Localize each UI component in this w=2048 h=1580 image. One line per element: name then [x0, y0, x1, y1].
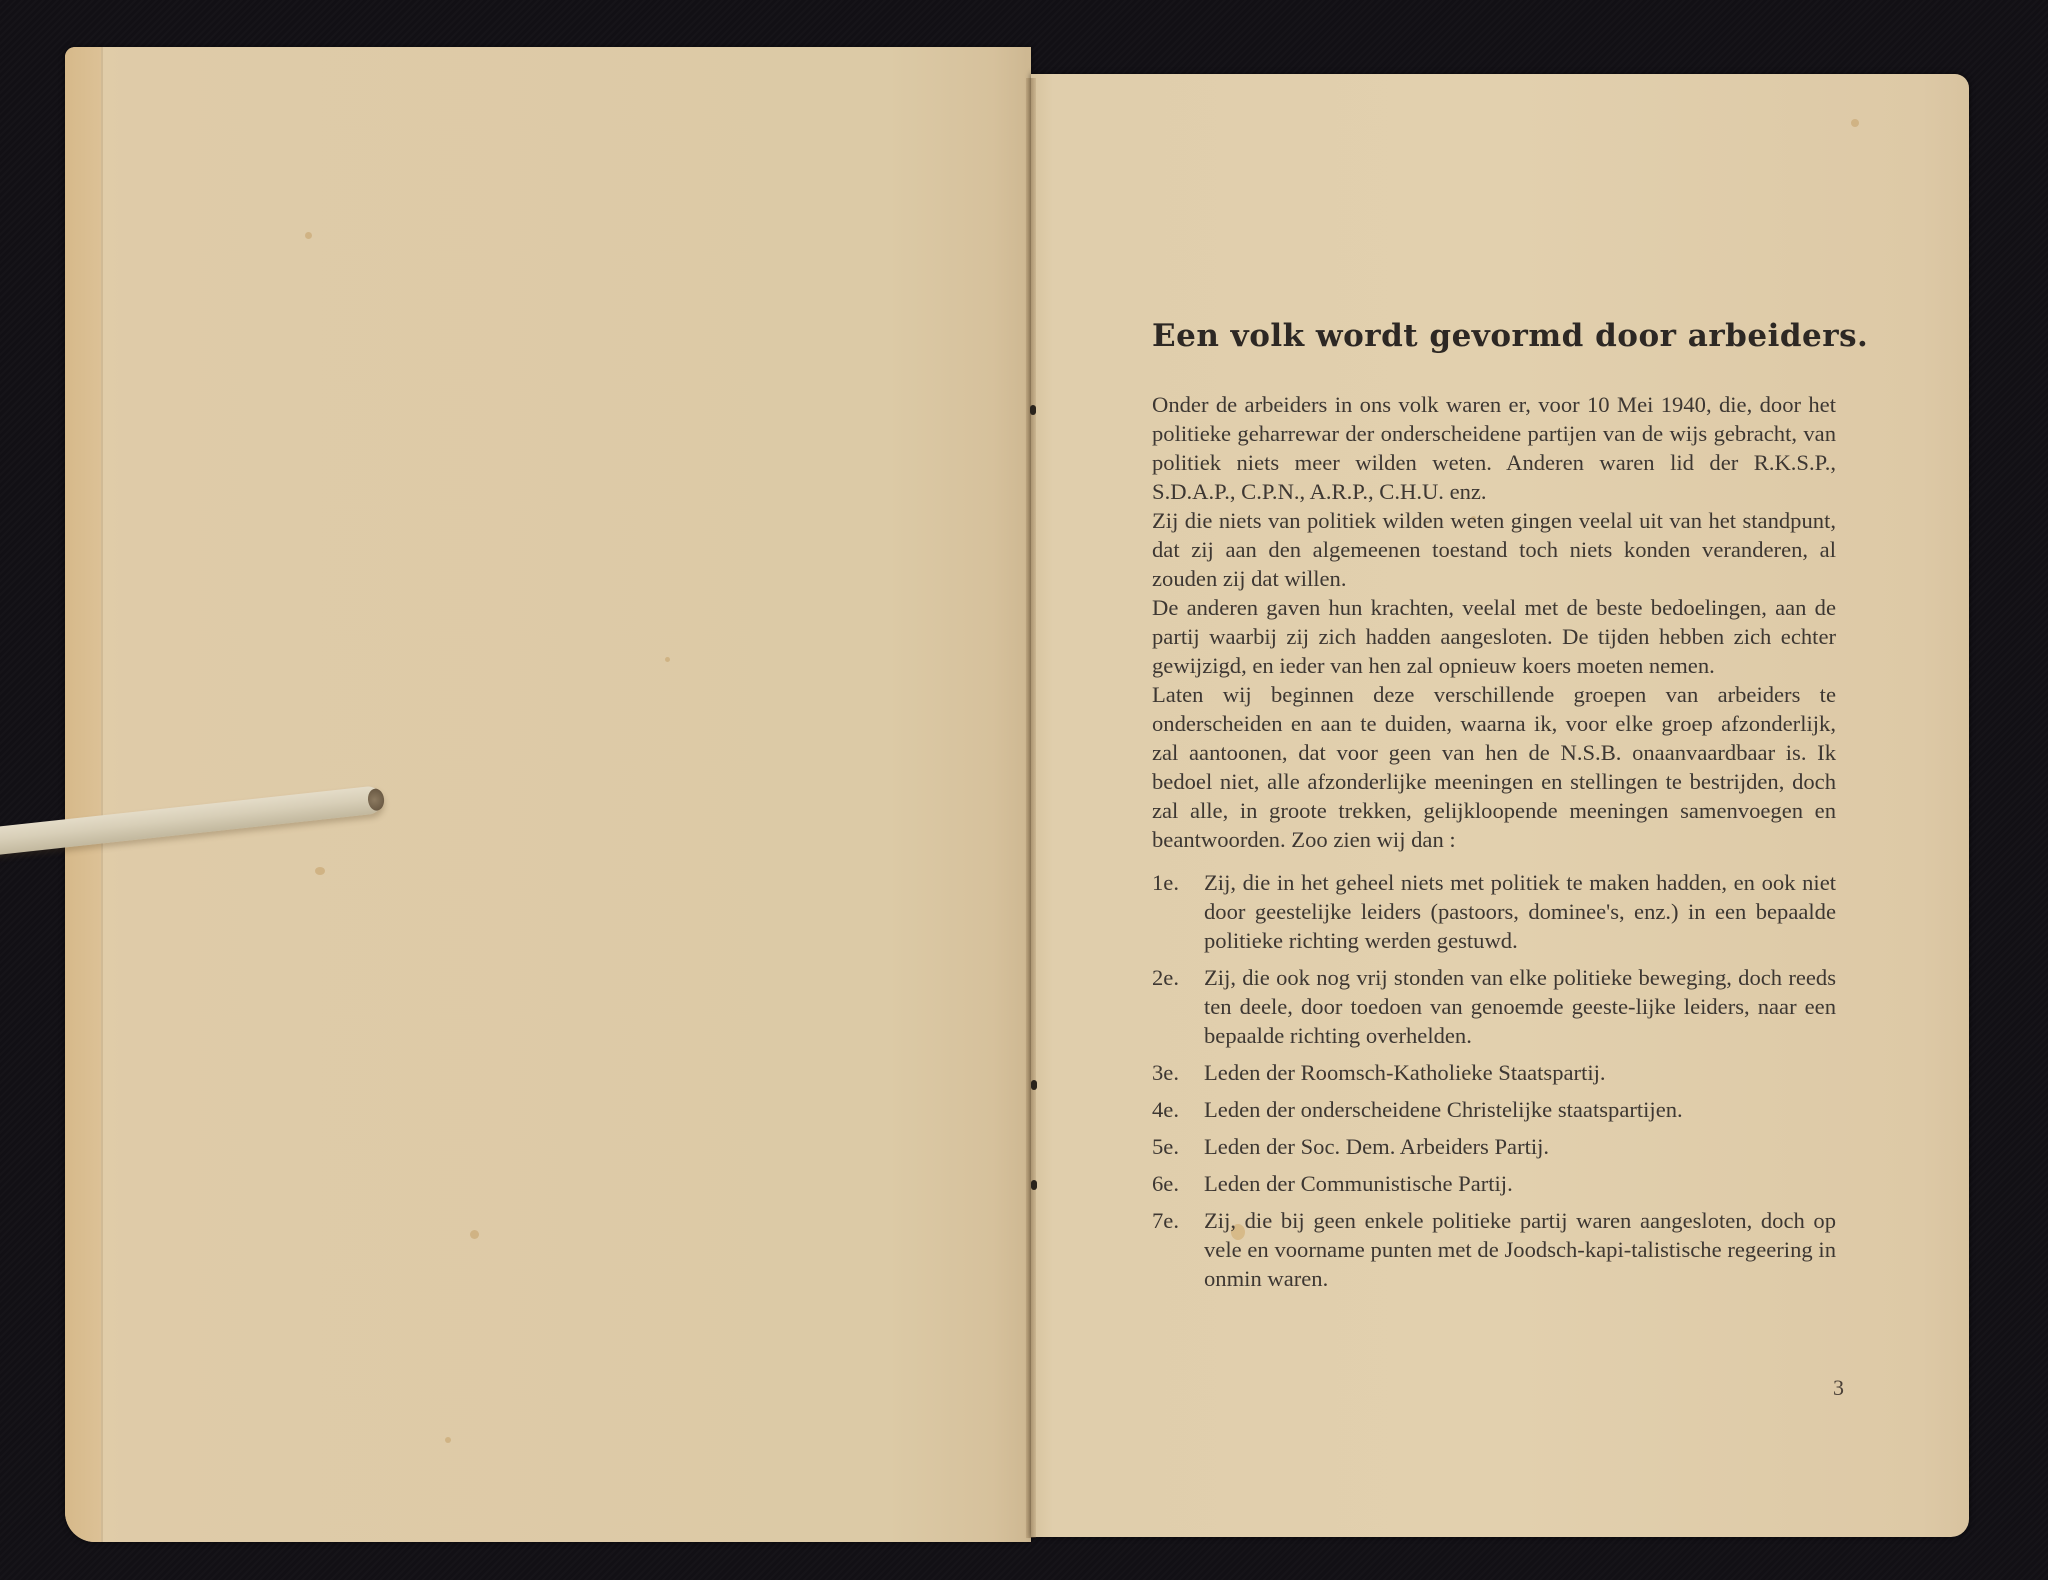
list-number: 3e. — [1152, 1058, 1204, 1087]
list-text: Zij, die ook nog vrij stonden van elke p… — [1204, 963, 1836, 1050]
paper-stain — [665, 657, 670, 662]
book-spine-gutter — [1026, 78, 1036, 1538]
paper-stain — [470, 1230, 479, 1239]
list-item: 2e. Zij, die ook nog vrij stonden van el… — [1152, 963, 1836, 1050]
paper-stain — [445, 1437, 451, 1443]
page-text-block: Een volk wordt gevormd door arbeiders. O… — [1152, 318, 1836, 1301]
binding-staple — [1031, 1080, 1037, 1090]
list-number: 4e. — [1152, 1095, 1204, 1124]
page-number: 3 — [1833, 1375, 1844, 1401]
list-item: 1e. Zij, die in het geheel niets met pol… — [1152, 868, 1836, 955]
paper-stain — [305, 232, 312, 239]
list-number: 2e. — [1152, 963, 1204, 1050]
list-item: 4e. Leden der onderscheidene Christelijk… — [1152, 1095, 1836, 1124]
paragraph: Onder de arbeiders in ons volk waren er,… — [1152, 390, 1836, 506]
list-text: Leden der Communistische Partij. — [1204, 1169, 1836, 1198]
list-text: Leden der onderscheidene Christelijke st… — [1204, 1095, 1836, 1124]
paragraph: De anderen gaven hun krachten, veelal me… — [1152, 593, 1836, 680]
paragraph: Laten wij beginnen deze verschillende gr… — [1152, 680, 1836, 854]
paragraph: Zij die niets van politiek wilden weten … — [1152, 506, 1836, 593]
list-item: 7e. Zij, die bij geen enkele politieke p… — [1152, 1206, 1836, 1293]
list-number: 5e. — [1152, 1132, 1204, 1161]
list-number: 7e. — [1152, 1206, 1204, 1293]
paper-stain — [1851, 119, 1859, 127]
list-text: Zij, die in het geheel niets met politie… — [1204, 868, 1836, 955]
page-heading: Een volk wordt gevormd door arbeiders. — [1152, 318, 1836, 354]
list-number: 6e. — [1152, 1169, 1204, 1198]
binding-staple — [1030, 405, 1036, 415]
list-text: Leden der Soc. Dem. Arbeiders Partij. — [1204, 1132, 1836, 1161]
list-item: 6e. Leden der Communistische Partij. — [1152, 1169, 1836, 1198]
paper-stain — [315, 867, 325, 875]
binding-staple — [1031, 1180, 1037, 1190]
list-item: 3e. Leden der Roomsch-Katholieke Staatsp… — [1152, 1058, 1836, 1087]
list-item: 5e. Leden der Soc. Dem. Arbeiders Partij… — [1152, 1132, 1836, 1161]
left-page — [65, 47, 1031, 1542]
numbered-list: 1e. Zij, die in het geheel niets met pol… — [1152, 868, 1836, 1293]
list-text: Zij, die bij geen enkele politieke parti… — [1204, 1206, 1836, 1293]
list-number: 1e. — [1152, 868, 1204, 955]
list-text: Leden der Roomsch-Katholieke Staatsparti… — [1204, 1058, 1836, 1087]
